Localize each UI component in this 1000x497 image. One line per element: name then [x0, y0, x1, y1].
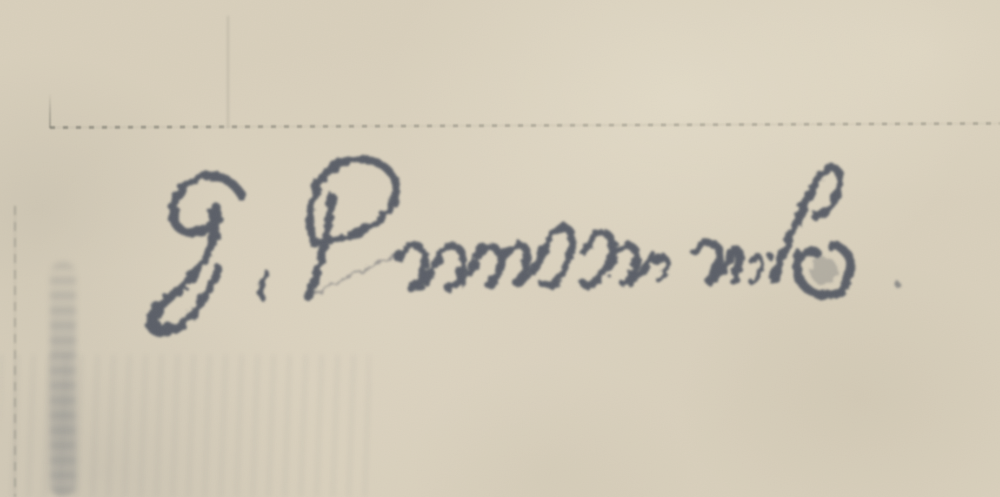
sig-G-blob: [153, 309, 168, 330]
sig-period: [260, 274, 267, 298]
paper-sheet: [0, 0, 1000, 497]
signature-handwriting: [0, 0, 1000, 497]
sig-run-1: [399, 246, 501, 288]
sig-run-2: [503, 227, 572, 285]
sig-dash: [751, 256, 762, 282]
sig-final-fill: [810, 257, 838, 285]
sig-G-hook: [173, 176, 242, 233]
sig-cluster-a: [695, 242, 739, 282]
sig-dot-small: [767, 253, 774, 260]
sig-stray-dot: [894, 281, 900, 287]
sig-run-tail: [655, 257, 668, 279]
sig-P-head: [310, 159, 396, 243]
sig-run-3: [584, 233, 652, 285]
